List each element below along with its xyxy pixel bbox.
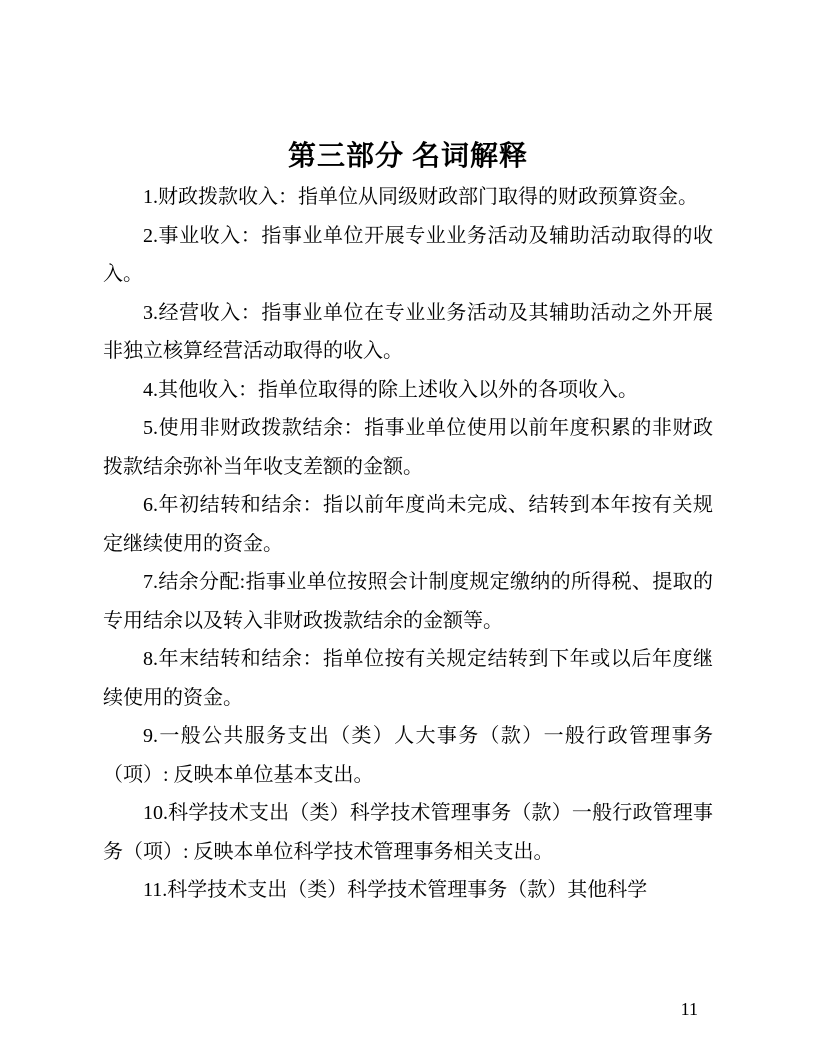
definition-item-7: 7.结余分配:指事业单位按照会计制度规定缴纳的所得税、提取的专用结余以及转入非财… [103, 563, 713, 640]
definition-item-2: 2.事业收入：指事业单位开展专业业务活动及辅助活动取得的收入。 [103, 217, 713, 294]
definition-item-9: 9.一般公共服务支出（类）人大事务（款）一般行政管理事务（项）: 反映本单位基本… [103, 717, 713, 794]
definition-item-10: 10.科学技术支出（类）科学技术管理事务（款）一般行政管理事务（项）: 反映本单… [103, 794, 713, 871]
definition-item-8: 8.年末结转和结余：指单位按有关规定结转到下年或以后年度继续使用的资金。 [103, 640, 713, 717]
definition-item-3: 3.经营收入：指事业单位在专业业务活动及其辅助活动之外开展非独立核算经营活动取得… [103, 294, 713, 371]
definition-item-4: 4.其他收入：指单位取得的除上述收入以外的各项收入。 [103, 371, 713, 410]
definition-item-1: 1.财政拨款收入：指单位从同级财政部门取得的财政预算资金。 [103, 178, 713, 217]
definition-item-5: 5.使用非财政拨款结余：指事业单位使用以前年度积累的非财政拨款结余弥补当年收支差… [103, 409, 713, 486]
section-title: 第三部分 名词解释 [103, 0, 713, 175]
definition-item-11: 11.科学技术支出（类）科学技术管理事务（款）其他科学 [103, 871, 713, 910]
definitions-list: 1.财政拨款收入：指单位从同级财政部门取得的财政预算资金。 2.事业收入：指事业… [103, 178, 713, 910]
page-number: 11 [681, 998, 698, 1020]
document-page: 第三部分 名词解释 1.财政拨款收入：指单位从同级财政部门取得的财政预算资金。 … [0, 0, 816, 1056]
definition-item-6: 6.年初结转和结余：指以前年度尚未完成、结转到本年按有关规定继续使用的资金。 [103, 486, 713, 563]
